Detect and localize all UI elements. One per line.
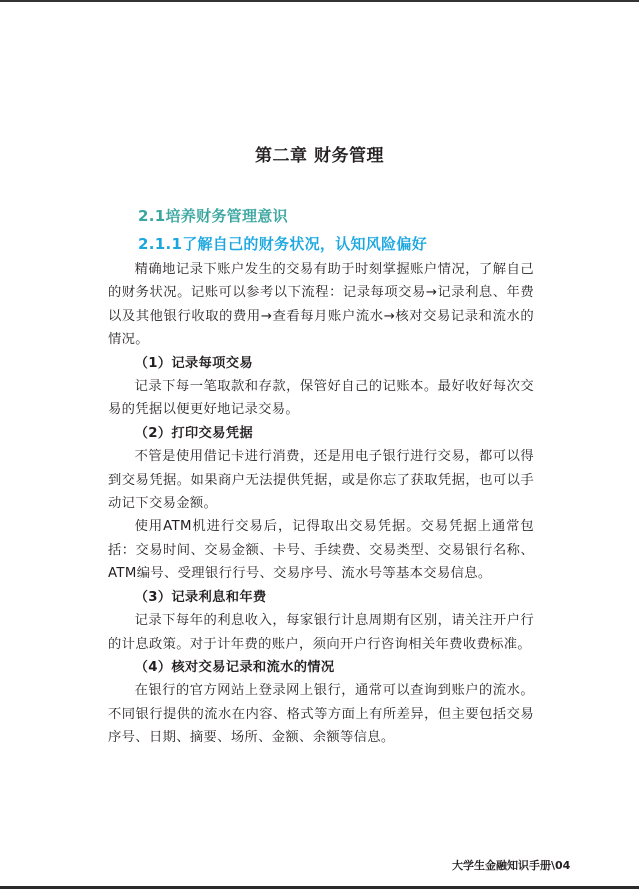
- item-heading-4: （4）核对交易记录和流水的情况: [108, 656, 534, 679]
- item-heading-3: （3）记录利息和年费: [108, 586, 534, 609]
- chapter-title: 第二章 财务管理: [0, 141, 639, 166]
- section-heading: 2.1培养财务管理意识: [138, 205, 288, 226]
- item-paragraph: 记录下每年的利息收入，每家银行计息周期有区别，请关注开户行的计息政策。对于计年费…: [108, 609, 534, 656]
- item-heading-1: （1）记录每项交易: [108, 352, 534, 375]
- item-paragraph: 使用ATM机进行交易后，记得取出交易凭据。交易凭据上通常包括：交易时间、交易金额…: [108, 515, 534, 585]
- page-footer: 大学生金融知识手册\04: [452, 857, 570, 873]
- subsection-heading: 2.1.1了解自己的财务状况，认知风险偏好: [138, 233, 427, 254]
- item-paragraph: 不管是使用借记卡进行消费，还是用电子银行进行交易，都可以得到交易凭据。如果商户无…: [108, 445, 534, 515]
- item-heading-2: （2）打印交易凭据: [108, 422, 534, 445]
- item-paragraph: 记录下每一笔取款和存款，保管好自己的记账本。最好收好每次交易的凭据以便更好地记录…: [108, 375, 534, 422]
- item-paragraph: 在银行的官方网站上登录网上银行，通常可以查询到账户的流水。不同银行提供的流水在内…: [108, 679, 534, 749]
- top-border-rule: [0, 0, 639, 2]
- body-text: 精确地记录下账户发生的交易有助于时刻掌握账户情况，了解自己的财务状况。记账可以参…: [108, 258, 534, 750]
- intro-paragraph: 精确地记录下账户发生的交易有助于时刻掌握账户情况，了解自己的财务状况。记账可以参…: [108, 258, 534, 352]
